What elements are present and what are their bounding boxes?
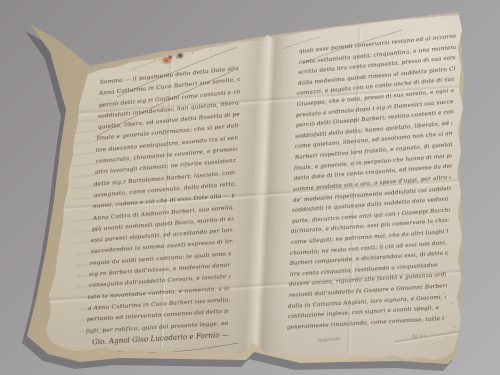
red-wax-spot [161, 56, 172, 65]
photo-background: Somma — il pagamento della detta Dote al… [0, 0, 500, 375]
right-page-text: quali esse parenti conservarsi restano e… [288, 47, 454, 333]
left-page-text: Somma — il pagamento della detta Dote al… [86, 78, 238, 338]
